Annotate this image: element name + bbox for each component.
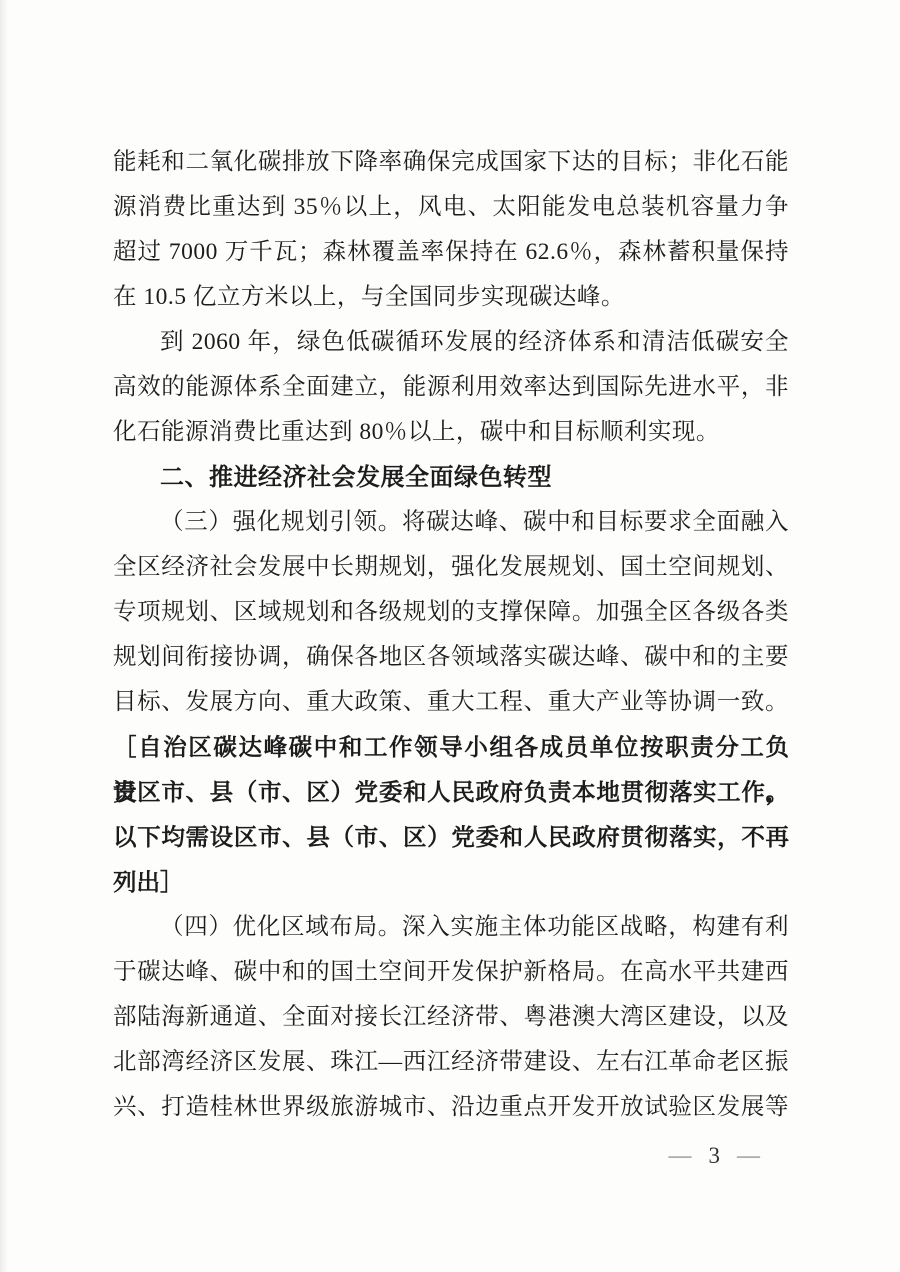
bold-note-line: ［自治区碳达峰碳中和工作领导小组各成员单位按职责分工负责， xyxy=(113,725,789,770)
body-line: 部陆海新通道、全面对接长江经济带、粤港澳大湾区建设，以及 xyxy=(113,995,789,1040)
body-line: 在 10.5 亿立方米以上，与全国同步实现碳达峰。 xyxy=(113,275,789,320)
footer-dash-right: — xyxy=(737,1146,760,1167)
body-line: 超过 7000 万千瓦；森林覆盖率保持在 62.6％，森林蓄积量保持 xyxy=(113,230,789,275)
body-line: 北部湾经济区发展、珠江—西江经济带建设、左右江革命老区振 xyxy=(113,1040,789,1085)
body-line: 高效的能源体系全面建立，能源利用效率达到国际先进水平，非 xyxy=(113,365,789,410)
body-line: 规划间衔接协调，确保各地区各领域落实碳达峰、碳中和的主要 xyxy=(113,635,789,680)
body-line: 专项规划、区域规划和各级规划的支撑保障。加强全区各级各类 xyxy=(113,590,789,635)
body-line: （四）优化区域布局。深入实施主体功能区战略，构建有利 xyxy=(113,905,789,950)
body-line: 于碳达峰、碳中和的国土空间开发保护新格局。在高水平共建西 xyxy=(113,950,789,995)
bold-note-line: 设区市、县（市、区）党委和人民政府负责本地贯彻落实工作。 xyxy=(113,770,789,815)
body-line: （三）强化规划引领。将碳达峰、碳中和目标要求全面融入 xyxy=(113,500,789,545)
section-heading: 二、推进经济社会发展全面绿色转型 xyxy=(113,455,789,500)
body-line: 兴、打造桂林世界级旅游城市、沿边重点开发开放试验区发展等 xyxy=(113,1085,789,1130)
document-body: 能耗和二氧化碳排放下降率确保完成国家下达的目标；非化石能 源消费比重达到 35％… xyxy=(113,140,789,1130)
page-footer: — 3 — xyxy=(669,1141,761,1171)
body-line: 化石能源消费比重达到 80％以上，碳中和目标顺利实现。 xyxy=(113,410,789,455)
document-page: 能耗和二氧化碳排放下降率确保完成国家下达的目标；非化石能 源消费比重达到 35％… xyxy=(0,0,900,1272)
bold-note-line: 以下均需设区市、县（市、区）党委和人民政府贯彻落实，不再 xyxy=(113,815,789,860)
bold-note-line: 列出］ xyxy=(113,860,789,905)
footer-dash-left: — xyxy=(669,1146,692,1167)
body-line: 能耗和二氧化碳排放下降率确保完成国家下达的目标；非化石能 xyxy=(113,140,789,185)
page-number: 3 xyxy=(709,1143,721,1169)
body-line: 全区经济社会发展中长期规划，强化发展规划、国土空间规划、 xyxy=(113,545,789,590)
body-line: 目标、发展方向、重大政策、重大工程、重大产业等协调一致。 xyxy=(113,680,789,725)
body-line: 源消费比重达到 35％以上，风电、太阳能发电总装机容量力争 xyxy=(113,185,789,230)
body-line: 到 2060 年，绿色低碳循环发展的经济体系和清洁低碳安全 xyxy=(113,320,789,365)
